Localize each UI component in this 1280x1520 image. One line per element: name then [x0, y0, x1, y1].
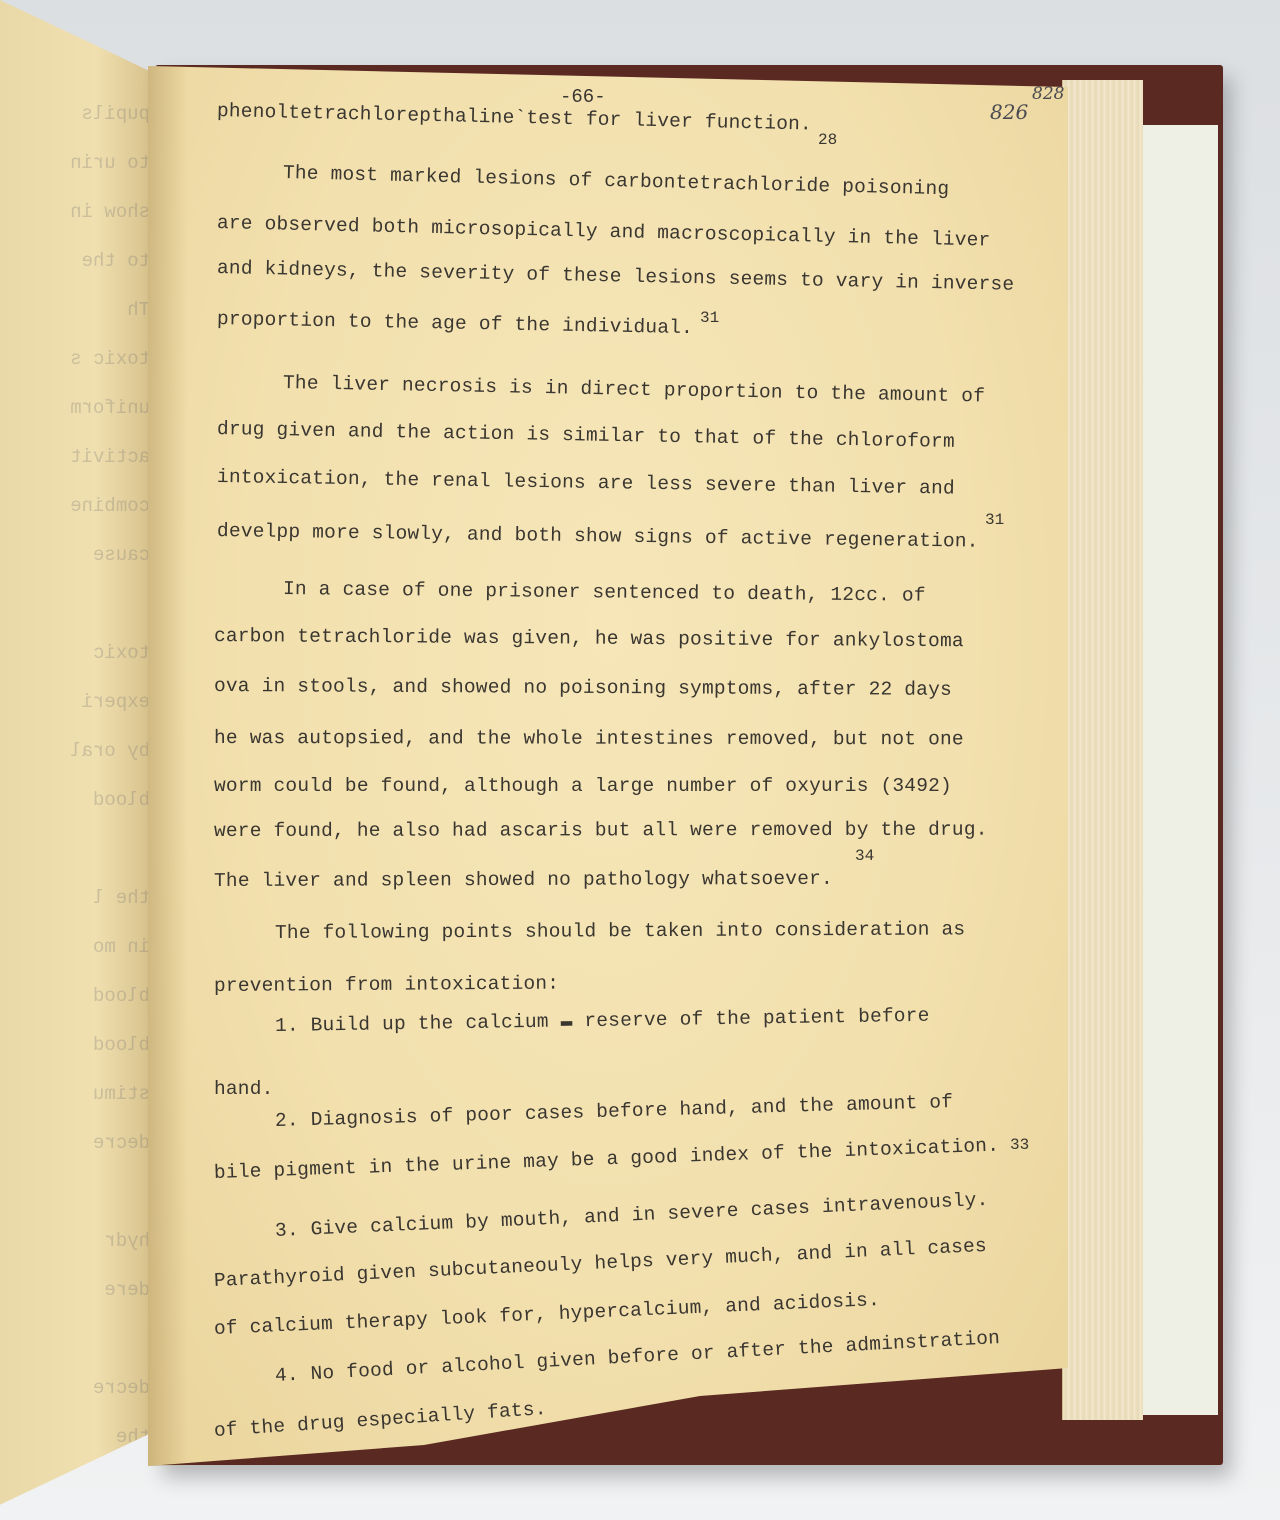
text-line: ova in stools, and showed no poisoning s… [214, 675, 952, 701]
left-page-bleed-through-text: pupilsto urinshow into theThtoxic sunifo… [0, 90, 150, 1511]
ghost-line: blood [0, 776, 150, 825]
ghost-line: decre [0, 1364, 150, 1413]
ghost-line: activit [0, 433, 150, 482]
ghost-line [0, 1168, 150, 1217]
footnote-ref: 31 [985, 511, 1004, 529]
gutter-shadow [148, 66, 188, 1466]
left-page: pupilsto urinshow into theThtoxic sunifo… [0, 0, 160, 1520]
ghost-line: stimu [0, 1070, 150, 1119]
ghost-line: toxic [0, 629, 150, 678]
text-line: The liver and spleen showed no pathology… [214, 868, 833, 892]
handwritten-folio-number: 826 [990, 100, 1028, 124]
ghost-line: pupils [0, 90, 150, 139]
text-line: he was autopsied, and the whole intestin… [214, 727, 964, 750]
ghost-line: Th [0, 286, 150, 335]
ghost-line [0, 825, 150, 874]
ghost-line [0, 580, 150, 629]
footnote-ref: 34 [855, 847, 874, 865]
text-line: hand. [214, 1078, 274, 1100]
ghost-line: the l [0, 874, 150, 923]
ghost-line: the [0, 1413, 150, 1462]
handwritten-folio-number-secondary: 828 [1032, 84, 1064, 104]
ghost-line: by oral [0, 727, 150, 776]
page-edges [1062, 80, 1143, 1420]
ghost-line: experi [0, 678, 150, 727]
footnote-ref: 28 [818, 131, 837, 149]
ghost-line: hydr [0, 1217, 150, 1266]
ghost-line: blood [0, 1021, 150, 1070]
footnote-ref: 33 [1010, 1136, 1029, 1154]
ghost-line: show in [0, 188, 150, 237]
ghost-line: toxic s [0, 335, 150, 384]
text-line: were found, he also had ascaris but all … [214, 819, 988, 842]
ghost-line: to urin [0, 139, 150, 188]
text-line: prevention from intoxication: [214, 973, 559, 997]
text-line: The following points should be taken int… [275, 918, 965, 944]
ghost-line: combine [0, 482, 150, 531]
ghost-line: to the [0, 237, 150, 286]
ghost-line: cause [0, 531, 150, 580]
ghost-line [0, 1315, 150, 1364]
text-line: worm could be found, although a large nu… [214, 775, 952, 797]
ghost-line: tio [0, 1462, 150, 1511]
footnote-ref: 31 [700, 309, 719, 327]
ghost-line: decre [0, 1119, 150, 1168]
ghost-line: dere [0, 1266, 150, 1315]
ghost-line: uniform [0, 384, 150, 433]
ghost-line: blood [0, 972, 150, 1021]
page-number: -66- [560, 86, 606, 108]
ghost-line: in mo [0, 923, 150, 972]
